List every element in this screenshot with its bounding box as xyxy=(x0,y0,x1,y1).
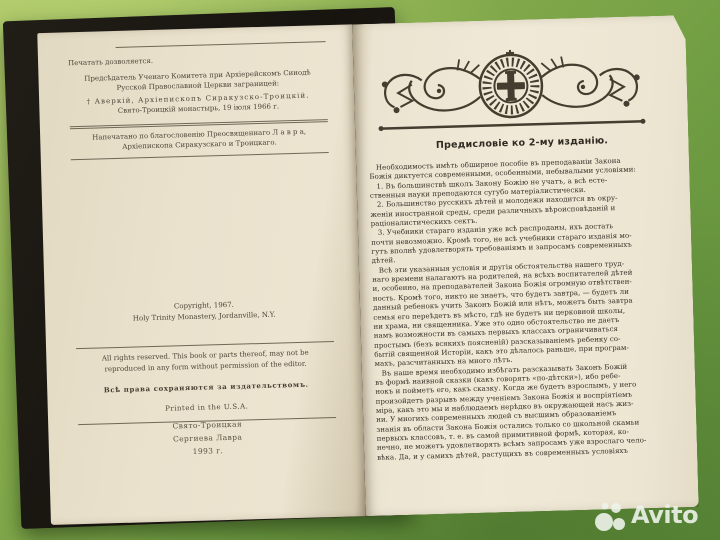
left-page: Печатать дозволяется. Предсѣдатель Учена… xyxy=(37,24,366,525)
avito-watermark: Avito xyxy=(594,497,698,533)
divider xyxy=(71,152,329,160)
copyright-block: Copyright, 1967. Holy Trinity Monastery,… xyxy=(75,297,334,326)
rights-block: All rights reserved. This book or parts … xyxy=(76,341,336,425)
rights-en: All rights reserved. This book or parts … xyxy=(76,347,335,376)
printed-line: Printed in the U.S.A. xyxy=(78,400,336,415)
preface-body: Необходимость имѣть обширное пособіе въ … xyxy=(369,156,669,463)
rights-ru-line: Всѣ права сохраняются за издательствомъ. xyxy=(77,379,335,395)
avito-brand-text: Avito xyxy=(631,501,698,529)
committee-block: Предсѣдатель Ученаго Комитета при Архіер… xyxy=(68,67,327,117)
photo-background: Печатать дозволяется. Предсѣдатель Учена… xyxy=(0,0,720,540)
imprimatur-line: Печатать дозволяется. xyxy=(68,52,326,67)
right-page: Предисловіе ко 2-му изданію. Необходимос… xyxy=(352,15,699,516)
blessing-block: Напечатано по благословенію Преосвященна… xyxy=(70,121,329,160)
open-book: Печатать дозволяется. Предсѣдатель Учена… xyxy=(37,15,698,525)
divider xyxy=(116,41,326,48)
preface-heading: Предисловіе ко 2-му изданію. xyxy=(355,133,688,153)
avito-logo-icon xyxy=(594,497,628,533)
ornament-cross-headpiece-icon xyxy=(375,44,647,134)
imprimatur-block: Печатать дозволяется. Предсѣдатель Учена… xyxy=(68,41,328,127)
reprint-block: Свято-Троицкая Сергиева Лавра 1993 г. xyxy=(78,415,337,461)
blessing-text: Напечатано по благословенію Преосвященна… xyxy=(70,126,328,153)
